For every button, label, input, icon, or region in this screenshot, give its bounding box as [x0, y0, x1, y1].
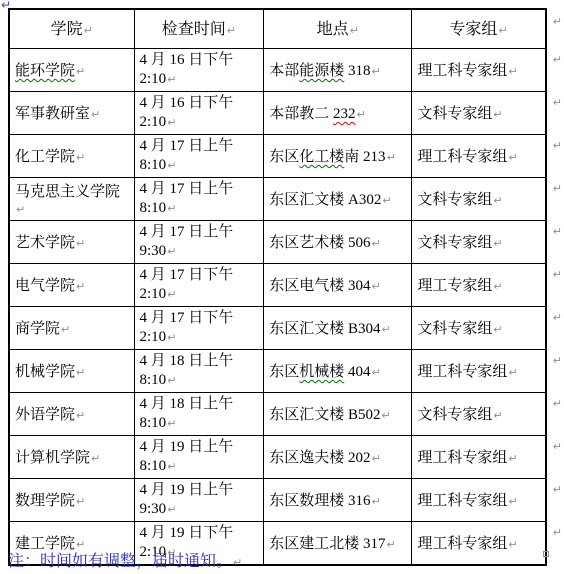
cell-expert-group: 文科专家组↵ — [412, 392, 546, 435]
cell-time: 4 月 17 日上午8:10↵ — [134, 177, 264, 220]
cell-college: 化工学院↵ — [9, 134, 134, 177]
cell-college: 马克思主义学院↵ — [9, 177, 134, 220]
cell-text: 318 — [344, 63, 370, 79]
paragraph-mark: ↵ — [387, 538, 396, 551]
paragraph-mark: ↵ — [508, 151, 517, 164]
cell-text: 东区电气楼 304 — [269, 278, 370, 294]
cell-expert-group: 理工科专家组↵ — [412, 349, 546, 392]
row-end-mark-cell: ↵ — [546, 220, 563, 263]
paragraph-mark: ↵ — [91, 108, 100, 121]
paragraph-mark: ↵ — [76, 409, 85, 422]
table-row: 机械学院↵4 月 18 日上午8:10↵东区机械楼 404↵理工科专家组↵↵ — [9, 349, 563, 392]
paragraph-mark: ↵ — [167, 159, 176, 172]
paragraph-mark: ↵ — [553, 268, 562, 281]
cell-location: 东区电气楼 304↵ — [264, 263, 412, 306]
cell-text: 东区艺术楼 506 — [269, 235, 370, 251]
cell-expert-group: 理工科专家组↵ — [412, 435, 546, 478]
cell-time: 4 月 17 日上午8:10↵ — [134, 134, 264, 177]
cell-college: 计算机学院↵ — [9, 435, 134, 478]
header-label: 专家组 — [449, 21, 497, 38]
cell-college: 能环学院↵ — [9, 48, 134, 91]
time-clock-line: 2:10↵ — [140, 113, 259, 132]
paragraph-mark: ↵ — [553, 483, 562, 496]
cell-text: 东区 — [269, 149, 299, 165]
misspelling-underlined-text: 232 — [333, 106, 356, 122]
table-row: 商学院↵4 月 17 日下午2:10↵东区汇文楼 B304↵文科专家组↵↵ — [9, 306, 563, 349]
row-end-mark-cell: ↵ — [546, 521, 563, 565]
cell-text: 东区汇文楼 A302 — [269, 192, 381, 208]
row-end-mark-cell: ↵ — [546, 435, 563, 478]
misspelling-underlined-text: 能源楼 — [299, 63, 344, 79]
time-date-line: 4 月 16 日下午 — [140, 94, 259, 113]
cell-college: 机械学院↵ — [9, 349, 134, 392]
row-end-mark-cell: ↵ — [546, 9, 563, 48]
cell-college: 电气学院↵ — [9, 263, 134, 306]
cell-time: 4 月 16 日下午2:10↵ — [134, 91, 264, 134]
cell-location: 东区汇文楼 A302↵ — [264, 177, 412, 220]
time-clock-line: 8:10↵ — [140, 414, 259, 433]
cell-time: 4 月 18 日上午8:10↵ — [134, 349, 264, 392]
paragraph-mark: ↵ — [553, 526, 562, 539]
paragraph-mark: ↵ — [372, 237, 381, 250]
cell-text: 文科专家组 — [417, 321, 492, 337]
time-clock-line: 8:10↵ — [140, 199, 259, 218]
time-date-line: 4 月 19 日上午 — [140, 481, 259, 500]
paragraph-mark: ↵ — [167, 374, 176, 387]
paragraph-mark: ↵ — [553, 440, 562, 453]
cell-text: 南 213 — [344, 149, 385, 165]
time-date-line: 4 月 17 日上午 — [140, 223, 259, 242]
time-clock-line: 8:10↵ — [140, 156, 259, 175]
table-row: 计算机学院↵4 月 19 日上午8:10↵东区逸夫楼 202↵理工科专家组↵↵ — [9, 435, 563, 478]
header-row: 学院↵ 检查时间↵ 地点↵ 专家组↵ ↵ — [9, 9, 563, 48]
paragraph-mark: ↵ — [167, 288, 176, 301]
time-date-line: 4 月 17 日下午 — [140, 266, 259, 285]
misspelling-underlined-text: 能环学院 — [15, 63, 75, 79]
paragraph-mark: ↵ — [553, 53, 562, 66]
paragraph-mark: ↵ — [493, 409, 502, 422]
table-row: 军事教研室↵4 月 16 日下午2:10↵本部教二 232↵文科专家组↵↵ — [9, 91, 563, 134]
paragraph-mark: ↵ — [76, 151, 85, 164]
cell-text: 计算机学院 — [15, 450, 90, 466]
paragraph-mark: ↵ — [167, 73, 176, 86]
time-date-line: 4 月 19 日下午 — [140, 524, 259, 543]
paragraph-mark: ↵ — [167, 116, 176, 129]
table-body: 能环学院↵4 月 16 日下午2:10↵本部能源楼 318↵理工科专家组↵↵军事… — [9, 48, 563, 565]
paragraph-mark: ↵ — [227, 24, 236, 37]
cell-text: 文科专家组 — [417, 106, 492, 122]
paragraph-mark: ↵ — [372, 366, 381, 379]
cell-expert-group: 文科专家组↵ — [412, 91, 546, 134]
time-date-line: 4 月 17 日上午 — [140, 180, 259, 199]
paragraph-mark: ↵ — [553, 397, 562, 410]
time-clock-line: 8:10↵ — [140, 371, 259, 390]
paragraph-mark: ↵ — [357, 108, 366, 121]
cell-expert-group: 理工科专家组↵ — [412, 48, 546, 91]
paragraph-mark: ↵ — [372, 65, 381, 78]
cell-location: 本部能源楼 318↵ — [264, 48, 412, 91]
cell-text: 马克思主义学院 — [15, 184, 120, 200]
cell-expert-group: 文科专家组↵ — [412, 220, 546, 263]
cell-text: 东区汇文楼 B502 — [269, 407, 380, 423]
row-end-mark-cell: ↵ — [546, 392, 563, 435]
cell-text: 文科专家组 — [417, 235, 492, 251]
cell-college: 军事教研室↵ — [9, 91, 134, 134]
paragraph-mark: ↵ — [508, 538, 517, 551]
cell-text: 理工科专家组 — [417, 450, 507, 466]
paragraph-mark: ↵ — [76, 366, 85, 379]
cell-expert-group: 理工科专家组↵ — [412, 478, 546, 521]
note-label: 注：时间如有调整，届时通知。 — [8, 553, 232, 570]
end-of-document-mark — [543, 551, 549, 557]
header-time: 检查时间↵ — [134, 9, 264, 48]
paragraph-mark: ↵ — [233, 556, 242, 569]
header-location: 地点↵ — [264, 9, 412, 48]
cell-expert-group: 理工科专家组↵ — [412, 521, 546, 565]
paragraph-mark: ↵ — [372, 280, 381, 293]
cell-time: 4 月 16 日下午2:10↵ — [134, 48, 264, 91]
paragraph-mark: ↵ — [382, 194, 391, 207]
table-row: 马克思主义学院↵4 月 17 日上午8:10↵东区汇文楼 A302↵文科专家组↵… — [9, 177, 563, 220]
cell-expert-group: 文科专家组↵ — [412, 306, 546, 349]
paragraph-mark: ↵ — [493, 194, 502, 207]
header-group: 专家组↵ — [412, 9, 546, 48]
cell-text: 数理学院 — [15, 493, 75, 509]
header-label: 学院 — [51, 21, 83, 38]
paragraph-mark: ↵ — [498, 24, 507, 37]
cell-college: 数理学院↵ — [9, 478, 134, 521]
cell-text: 东区数理楼 316 — [269, 493, 370, 509]
paragraph-mark: ↵ — [167, 460, 176, 473]
cell-time: 4 月 17 日上午9:30↵ — [134, 220, 264, 263]
cell-text: 本部教二 — [269, 106, 333, 122]
time-date-line: 4 月 16 日下午 — [140, 51, 259, 70]
table-row: 艺术学院↵4 月 17 日上午9:30↵东区艺术楼 506↵文科专家组↵↵ — [9, 220, 563, 263]
paragraph-mark: ↵ — [493, 237, 502, 250]
cell-text: 理工专家组 — [417, 278, 492, 294]
time-clock-line: 9:30↵ — [140, 242, 259, 261]
header-college: 学院↵ — [9, 9, 134, 48]
header-label: 地点 — [317, 21, 349, 38]
paragraph-mark: ↵ — [76, 65, 85, 78]
paragraph-mark: ↵ — [382, 409, 391, 422]
paragraph-mark: ↵ — [508, 495, 517, 508]
paragraph-mark: ↵ — [167, 202, 176, 215]
cell-expert-group: 文科专家组↵ — [412, 177, 546, 220]
misspelling-underlined-text: 化工楼 — [299, 149, 344, 165]
paragraph-mark: ↵ — [553, 139, 562, 152]
paragraph-mark: ↵ — [84, 24, 93, 37]
cell-time: 4 月 19 日上午8:10↵ — [134, 435, 264, 478]
time-clock-line: 9:30↵ — [140, 500, 259, 519]
paragraph-mark: ↵ — [553, 225, 562, 238]
row-end-mark-cell: ↵ — [546, 134, 563, 177]
cell-location: 东区建工北楼 317↵ — [264, 521, 412, 565]
paragraph-mark: ↵ — [16, 203, 25, 216]
time-date-line: 4 月 17 日下午 — [140, 309, 259, 328]
cell-text: 商学院 — [15, 321, 60, 337]
cell-text: 404 — [344, 364, 370, 380]
header-label: 检查时间 — [162, 21, 226, 38]
cell-text: 东区建工北楼 317 — [269, 536, 385, 552]
cell-text: 理工科专家组 — [417, 63, 507, 79]
paragraph-mark: ↵ — [91, 452, 100, 465]
time-date-line: 4 月 17 日上午 — [140, 137, 259, 156]
row-end-mark-cell: ↵ — [546, 263, 563, 306]
cell-location: 本部教二 232↵ — [264, 91, 412, 134]
inspection-schedule-table: 学院↵ 检查时间↵ 地点↵ 专家组↵ ↵ 能环学院↵4 月 16 日下午2:10… — [8, 8, 564, 566]
paragraph-mark: ↵ — [493, 108, 502, 121]
time-clock-line: 2:10↵ — [140, 285, 259, 304]
cell-location: 东区机械楼 404↵ — [264, 349, 412, 392]
cell-time: 4 月 18 日上午8:10↵ — [134, 392, 264, 435]
time-date-line: 4 月 19 日上午 — [140, 438, 259, 457]
time-clock-line: 2:10↵ — [140, 70, 259, 89]
row-end-mark-cell: ↵ — [546, 306, 563, 349]
paragraph-mark: ↵ — [553, 96, 562, 109]
cell-text: 文科专家组 — [417, 407, 492, 423]
row-end-mark-cell: ↵ — [546, 91, 563, 134]
cell-text: 理工科专家组 — [417, 149, 507, 165]
paragraph-mark: ↵ — [508, 452, 517, 465]
cell-time: 4 月 17 日下午2:10↵ — [134, 263, 264, 306]
cell-college: 外语学院↵ — [9, 392, 134, 435]
cell-location: 东区汇文楼 B304↵ — [264, 306, 412, 349]
paragraph-mark: ↵ — [493, 323, 502, 336]
row-end-mark-cell: ↵ — [546, 478, 563, 521]
cell-expert-group: 理工科专家组↵ — [412, 134, 546, 177]
time-date-line: 4 月 18 日上午 — [140, 352, 259, 371]
cell-text: 理工科专家组 — [417, 493, 507, 509]
paragraph-mark: ↵ — [508, 366, 517, 379]
cell-text: 电气学院 — [15, 278, 75, 294]
cell-text: 东区汇文楼 B304 — [269, 321, 380, 337]
table-row: 化工学院↵4 月 17 日上午8:10↵东区化工楼南 213↵理工科专家组↵↵ — [9, 134, 563, 177]
paragraph-mark: ↵ — [553, 354, 562, 367]
misspelling-underlined-text: 机械楼 — [299, 364, 344, 380]
row-end-mark-cell: ↵ — [546, 177, 563, 220]
cell-time: 4 月 17 日下午2:10↵ — [134, 306, 264, 349]
paragraph-mark: ↵ — [493, 280, 502, 293]
paragraph-mark: ↵ — [508, 65, 517, 78]
cell-college: 艺术学院↵ — [9, 220, 134, 263]
paragraph-mark: ↵ — [167, 331, 176, 344]
cell-text: 化工学院 — [15, 149, 75, 165]
cell-text: 理工科专家组 — [417, 364, 507, 380]
time-date-line: 4 月 18 日上午 — [140, 395, 259, 414]
paragraph-mark: ↵ — [61, 323, 70, 336]
paragraph-mark: ↵ — [553, 182, 562, 195]
table-row: 外语学院↵4 月 18 日上午8:10↵东区汇文楼 B502↵文科专家组↵↵ — [9, 392, 563, 435]
cell-expert-group: 理工专家组↵ — [412, 263, 546, 306]
cell-text: 军事教研室 — [15, 106, 90, 122]
paragraph-mark: ↵ — [167, 245, 176, 258]
cell-text: 理工科专家组 — [417, 536, 507, 552]
paragraph-mark: ↵ — [76, 280, 85, 293]
paragraph-mark: ↵ — [387, 151, 396, 164]
table-row: 电气学院↵4 月 17 日下午2:10↵东区电气楼 304↵理工专家组↵↵ — [9, 263, 563, 306]
row-end-mark-cell: ↵ — [546, 349, 563, 392]
table-row: 能环学院↵4 月 16 日下午2:10↵本部能源楼 318↵理工科专家组↵↵ — [9, 48, 563, 91]
table-row: 数理学院↵4 月 19 日上午9:30↵东区数理楼 316↵理工科专家组↵↵ — [9, 478, 563, 521]
paragraph-mark: ↵ — [76, 495, 85, 508]
cell-text: 机械学院 — [15, 364, 75, 380]
cell-text: 艺术学院 — [15, 235, 75, 251]
cell-college: 商学院↵ — [9, 306, 134, 349]
cell-text: 东区逸夫楼 202 — [269, 450, 370, 466]
time-clock-line: 8:10↵ — [140, 457, 259, 476]
note-text: 注：时间如有调整，届时通知。↵ — [8, 548, 242, 571]
cell-time: 4 月 19 日上午9:30↵ — [134, 478, 264, 521]
cell-text: 东区 — [269, 364, 299, 380]
cell-text: 文科专家组 — [417, 192, 492, 208]
cell-location: 东区逸夫楼 202↵ — [264, 435, 412, 478]
paragraph-mark: ↵ — [372, 495, 381, 508]
paragraph-mark: ↵ — [350, 24, 359, 37]
row-end-mark-cell: ↵ — [546, 48, 563, 91]
cell-location: 东区汇文楼 B502↵ — [264, 392, 412, 435]
cell-location: 东区艺术楼 506↵ — [264, 220, 412, 263]
paragraph-mark: ↵ — [382, 323, 391, 336]
paragraph-mark: ↵ — [76, 237, 85, 250]
paragraph-mark: ↵ — [553, 311, 562, 324]
row-end-mark: ↵ — [553, 15, 562, 28]
paragraph-mark: ↵ — [167, 503, 176, 516]
time-clock-line: 2:10↵ — [140, 328, 259, 347]
cell-location: 东区数理楼 316↵ — [264, 478, 412, 521]
cell-text: 外语学院 — [15, 407, 75, 423]
cell-location: 东区化工楼南 213↵ — [264, 134, 412, 177]
paragraph-mark: ↵ — [167, 417, 176, 430]
cell-text: 本部 — [269, 63, 299, 79]
paragraph-mark: ↵ — [372, 452, 381, 465]
